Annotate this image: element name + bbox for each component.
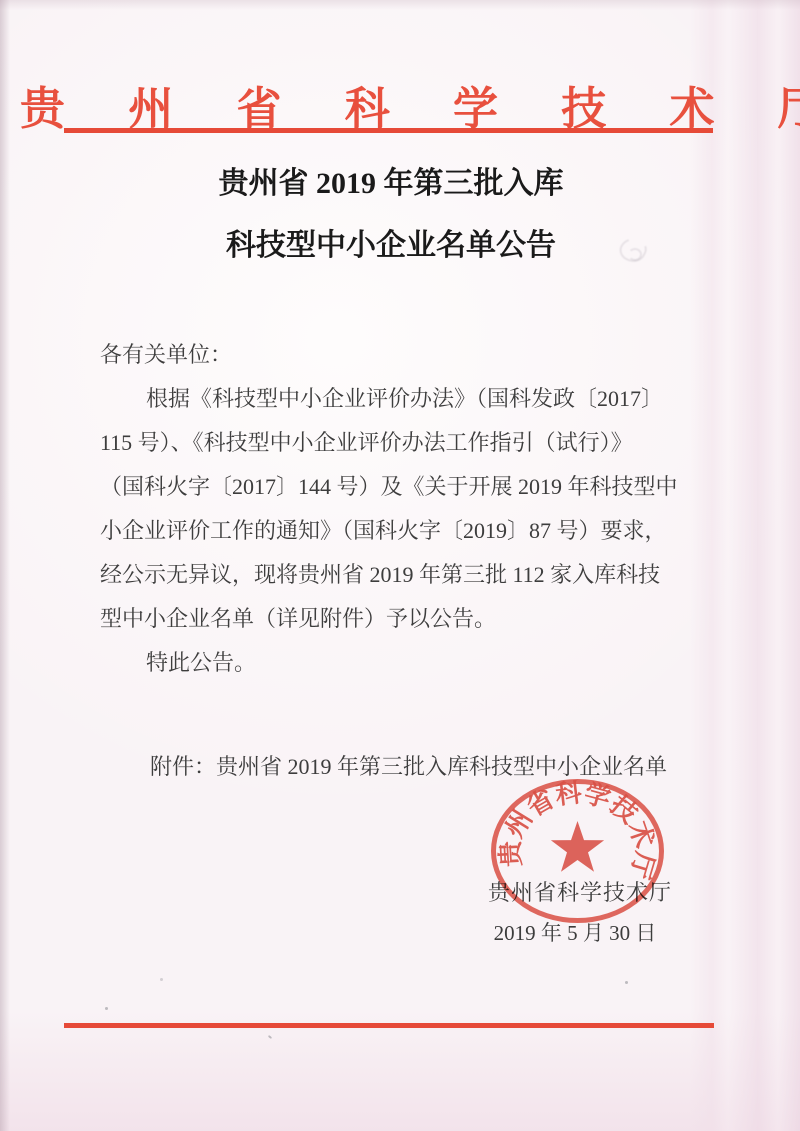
scan-speck <box>105 1007 108 1010</box>
scan-smudge <box>628 248 642 261</box>
scan-speck <box>160 978 163 981</box>
body-line: 型中小企业名单（详见附件）予以公告。 <box>100 597 716 641</box>
official-seal: 贵州省科学技术厅 <box>490 779 665 924</box>
body-line: （国科火字〔2017〕144 号）及《关于开展 2019 年科技型中 <box>100 465 716 509</box>
body-line: 经公示无异议，现将贵州省 2019 年第三批 112 家入库科技 <box>100 553 716 597</box>
footer-divider <box>64 1023 714 1028</box>
attachment-line: 附件：贵州省 2019 年第三批入库科技型中小企业名单 <box>150 750 667 781</box>
letterhead-divider <box>64 128 713 133</box>
scan-speck <box>625 981 628 984</box>
doc-title-line2: 科技型中小企业名单公告 <box>0 228 782 264</box>
body-line: 115 号）、《科技型中小企业评价办法工作指引（试行）》 <box>100 421 716 465</box>
document-page: 贵 州 省 科 学 技 术 厅 贵州省 2019 年第三批入库 科技型中小企业名… <box>0 0 800 1131</box>
scan-speck <box>268 1035 272 1039</box>
document-body: 各有关单位： 根据《科技型中小企业评价办法》（国科发政〔2017〕 115 号）… <box>100 333 716 685</box>
body-line: 小企业评价工作的通知》（国科火字〔2019〕87 号）要求， <box>100 509 716 553</box>
seal-star <box>551 821 604 872</box>
body-line: 根据《科技型中小企业评价办法》（国科发政〔2017〕 <box>100 377 716 421</box>
closing-line: 特此公告。 <box>100 641 716 685</box>
doc-title: 贵州省 2019 年第三批入库 科技型中小企业名单公告 <box>0 166 782 264</box>
doc-title-line1: 贵州省 2019 年第三批入库 <box>0 166 782 202</box>
salutation: 各有关单位： <box>100 333 716 377</box>
